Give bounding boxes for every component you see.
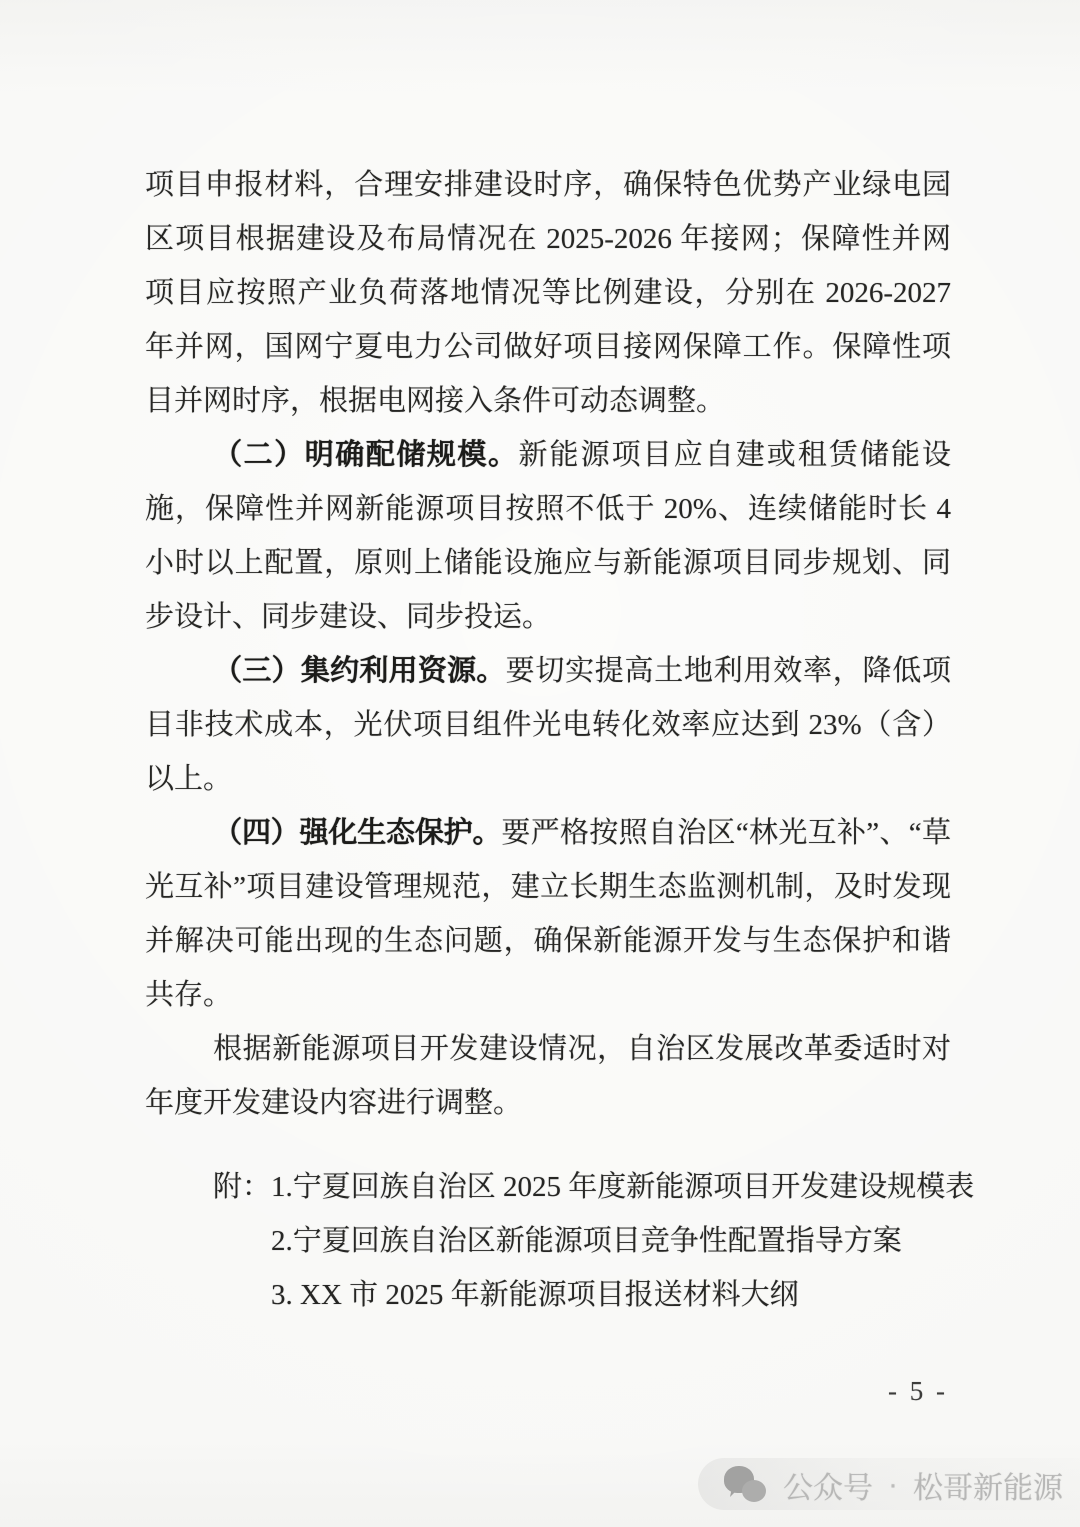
section-2-heading: （二）明确配储规模。 [213,439,518,471]
section-4: （四）强化生态保护。要严格按照自治区“林光互补”、“草光互补”项目建设管理规范，… [145,806,951,1022]
watermark: 公众号 · 松哥新能源 [722,1462,1063,1508]
attachments-block: 附： 1.宁夏回族自治区 2025 年度新能源项目开发建设规模表 2.宁夏回族自… [213,1160,951,1322]
watermark-label: 公众号 [783,1463,873,1507]
attachment-item-2: 2.宁夏回族自治区新能源项目竞争性配置指导方案 [271,1214,974,1268]
section-3: （三）集约利用资源。要切实提高土地利用效率，降低项目非技术成本，光伏项目组件光电… [145,644,951,806]
wechat-icon [722,1463,770,1507]
paragraph-continuation: 项目申报材料，合理安排建设时序，确保特色优势产业绿电园区项目根据建设及布局情况在… [145,158,951,428]
section-4-heading: （四）强化生态保护。 [213,817,501,849]
closing-paragraph-text: 根据新能源项目开发建设情况，自治区发展改革委适时对年度开发建设内容进行调整。 [145,1033,951,1119]
section-2: （二）明确配储规模。新能源项目应自建或租赁储能设施，保障性并网新能源项目按照不低… [145,428,951,644]
document-page: 项目申报材料，合理安排建设时序，确保特色优势产业绿电园区项目根据建设及布局情况在… [0,0,1080,1527]
page-number: - 5 - [888,1376,948,1406]
attachments-label: 附： [213,1160,271,1214]
paragraph-text: 项目申报材料，合理安排建设时序，确保特色优势产业绿电园区项目根据建设及布局情况在… [145,169,951,417]
attachment-item-3: 3. XX 市 2025 年新能源项目报送材料大纲 [271,1268,974,1322]
attachments-list: 1.宁夏回族自治区 2025 年度新能源项目开发建设规模表 2.宁夏回族自治区新… [271,1160,974,1322]
section-3-heading: （三）集约利用资源。 [213,655,505,687]
document-body: 项目申报材料，合理安排建设时序，确保特色优势产业绿电园区项目根据建设及布局情况在… [145,158,951,1322]
watermark-account: 松哥新能源 [913,1463,1063,1507]
watermark-separator: · [888,1468,898,1502]
closing-paragraph: 根据新能源项目开发建设情况，自治区发展改革委适时对年度开发建设内容进行调整。 [145,1022,951,1130]
attachment-item-1: 1.宁夏回族自治区 2025 年度新能源项目开发建设规模表 [271,1160,974,1214]
